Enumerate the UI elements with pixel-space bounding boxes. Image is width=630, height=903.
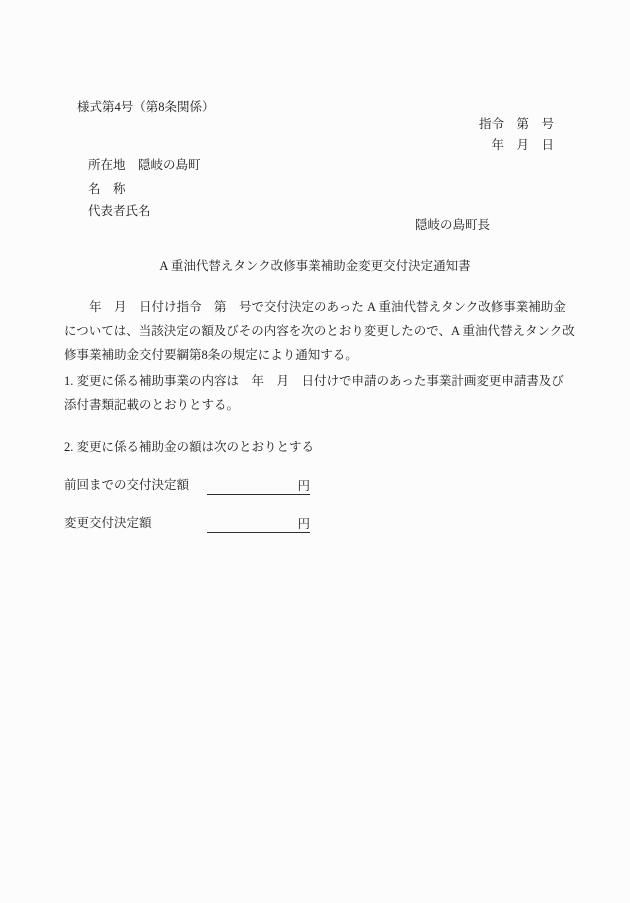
date-line: 年 月 日 bbox=[0, 138, 554, 152]
item-1-line-2: 添付書類記載のとおりとする。 bbox=[64, 398, 239, 412]
document-page: 様式第4号（第8条関係） 指令 第 号 年 月 日 所在地 隠岐の島町 名 称 … bbox=[0, 0, 630, 903]
previous-amount-unit: 円 bbox=[297, 479, 310, 493]
addressee-org-name: 名 称 bbox=[88, 182, 126, 196]
item-2: 2. 変更に係る補助金の額は次のとおりとする bbox=[64, 440, 314, 454]
changed-amount-unit: 円 bbox=[297, 517, 310, 531]
changed-amount-blank-field: 円 bbox=[207, 516, 310, 533]
previous-amount-blank-field: 円 bbox=[207, 478, 310, 495]
changed-amount-label: 変更交付決定額 bbox=[64, 516, 152, 530]
addressee-location: 所在地 隠岐の島町 bbox=[88, 158, 201, 172]
directive-number-line: 指令 第 号 bbox=[0, 117, 554, 131]
issuer-name: 隠岐の島町長 bbox=[415, 218, 490, 232]
body-paragraph-line-3: 修事業補助金交付要綱第8条の規定により通知する。 bbox=[64, 348, 358, 362]
body-paragraph-line-1: 年 月 日付け指令 第 号で交付決定のあった A 重油代替えタンク改修事業補助金 bbox=[64, 300, 566, 314]
document-title: A 重油代替えタンク改修事業補助金変更交付決定通知書 bbox=[0, 259, 630, 273]
previous-amount-label: 前回までの交付決定額 bbox=[64, 478, 189, 492]
form-number: 様式第4号（第8条関係） bbox=[77, 100, 215, 114]
addressee-representative: 代表者氏名 bbox=[88, 204, 151, 218]
item-1-line-1: 1. 変更に係る補助事業の内容は 年 月 日付けで申請のあった事業計画変更申請書… bbox=[64, 374, 564, 388]
body-paragraph-line-2: については、当該決定の額及びその内容を次のとおり変更したので、A 重油代替えタン… bbox=[64, 324, 575, 338]
